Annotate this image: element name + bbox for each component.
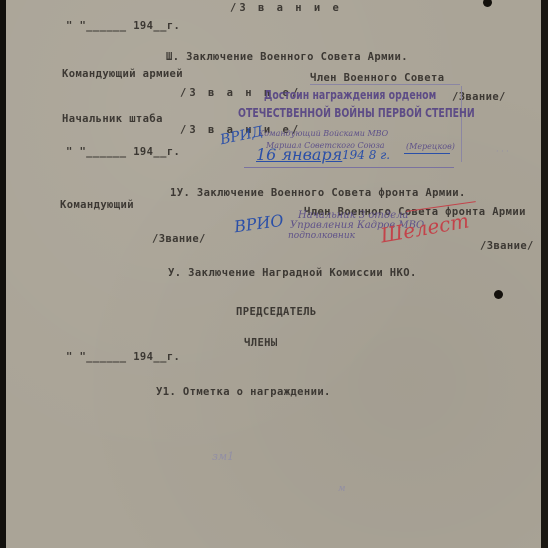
section5-heading: У. Заключение Наградной Комиссии НКО. (168, 267, 417, 279)
section6-heading: У1. Отметка о награждении. (156, 386, 331, 398)
stamp-name-underline (404, 153, 450, 154)
section4-commander-label: Командующий (60, 199, 134, 211)
rank-label-top: /З в а н и е (230, 2, 342, 14)
section3-date-line: " "______ 194__г. (66, 146, 180, 158)
handwritten-vrio: ВРИО (233, 211, 285, 237)
punch-hole-middle (494, 290, 503, 299)
section3-heading: Ш. Заключение Военного Совета Армии. (166, 51, 408, 63)
stamp-border (461, 86, 462, 162)
stamp-signer-name: (Мерецков) (406, 142, 455, 151)
date-line-top: " "______ 194__г. (66, 20, 180, 32)
document-page: /З в а н и е " "______ 194__г. Ш. Заключ… (6, 0, 541, 548)
section5-chairman-label: ПРЕДСЕДАТЕЛЬ (236, 306, 317, 318)
signature-line (310, 84, 460, 85)
faint-mark-2: м (338, 484, 345, 494)
section4-rank-right: /Звание/ (480, 240, 534, 252)
handwritten-year: 194 8 г. (342, 148, 390, 162)
section4-heading: 1У. Заключение Военного Совета фронта Ар… (170, 187, 466, 199)
scan-right-edge (541, 0, 548, 548)
faint-mark-1: зм1 (212, 450, 234, 463)
stamp-award-line1: Достоин награждения орденом (264, 88, 436, 102)
stamp-signer-title1: Командующий Войсками МВО (258, 129, 388, 138)
section3-council-member-label: Член Военного Совета (310, 72, 444, 84)
handwritten-date: 16 января (256, 145, 342, 164)
section5-date-line: " "______ 194__г. (66, 351, 180, 363)
section3-commander-label: Командующий армией (62, 68, 183, 80)
punch-hole-top (483, 0, 492, 7)
section3-chief-of-staff-label: Начальник штаба (62, 113, 163, 125)
stamp-award-line2: ОТЕЧЕСТВЕННОЙ ВОЙНЫ ПЕРВОЙ СТЕПЕНИ (238, 106, 475, 120)
faint-mark-right: · · · (496, 147, 509, 156)
stamp-cadres-line3: подполковник (288, 231, 355, 241)
section4-rank-left: /Звание/ (152, 233, 206, 245)
section5-members-label: ЧЛЕНЫ (244, 337, 278, 349)
stamp-border-bottom (244, 167, 454, 168)
